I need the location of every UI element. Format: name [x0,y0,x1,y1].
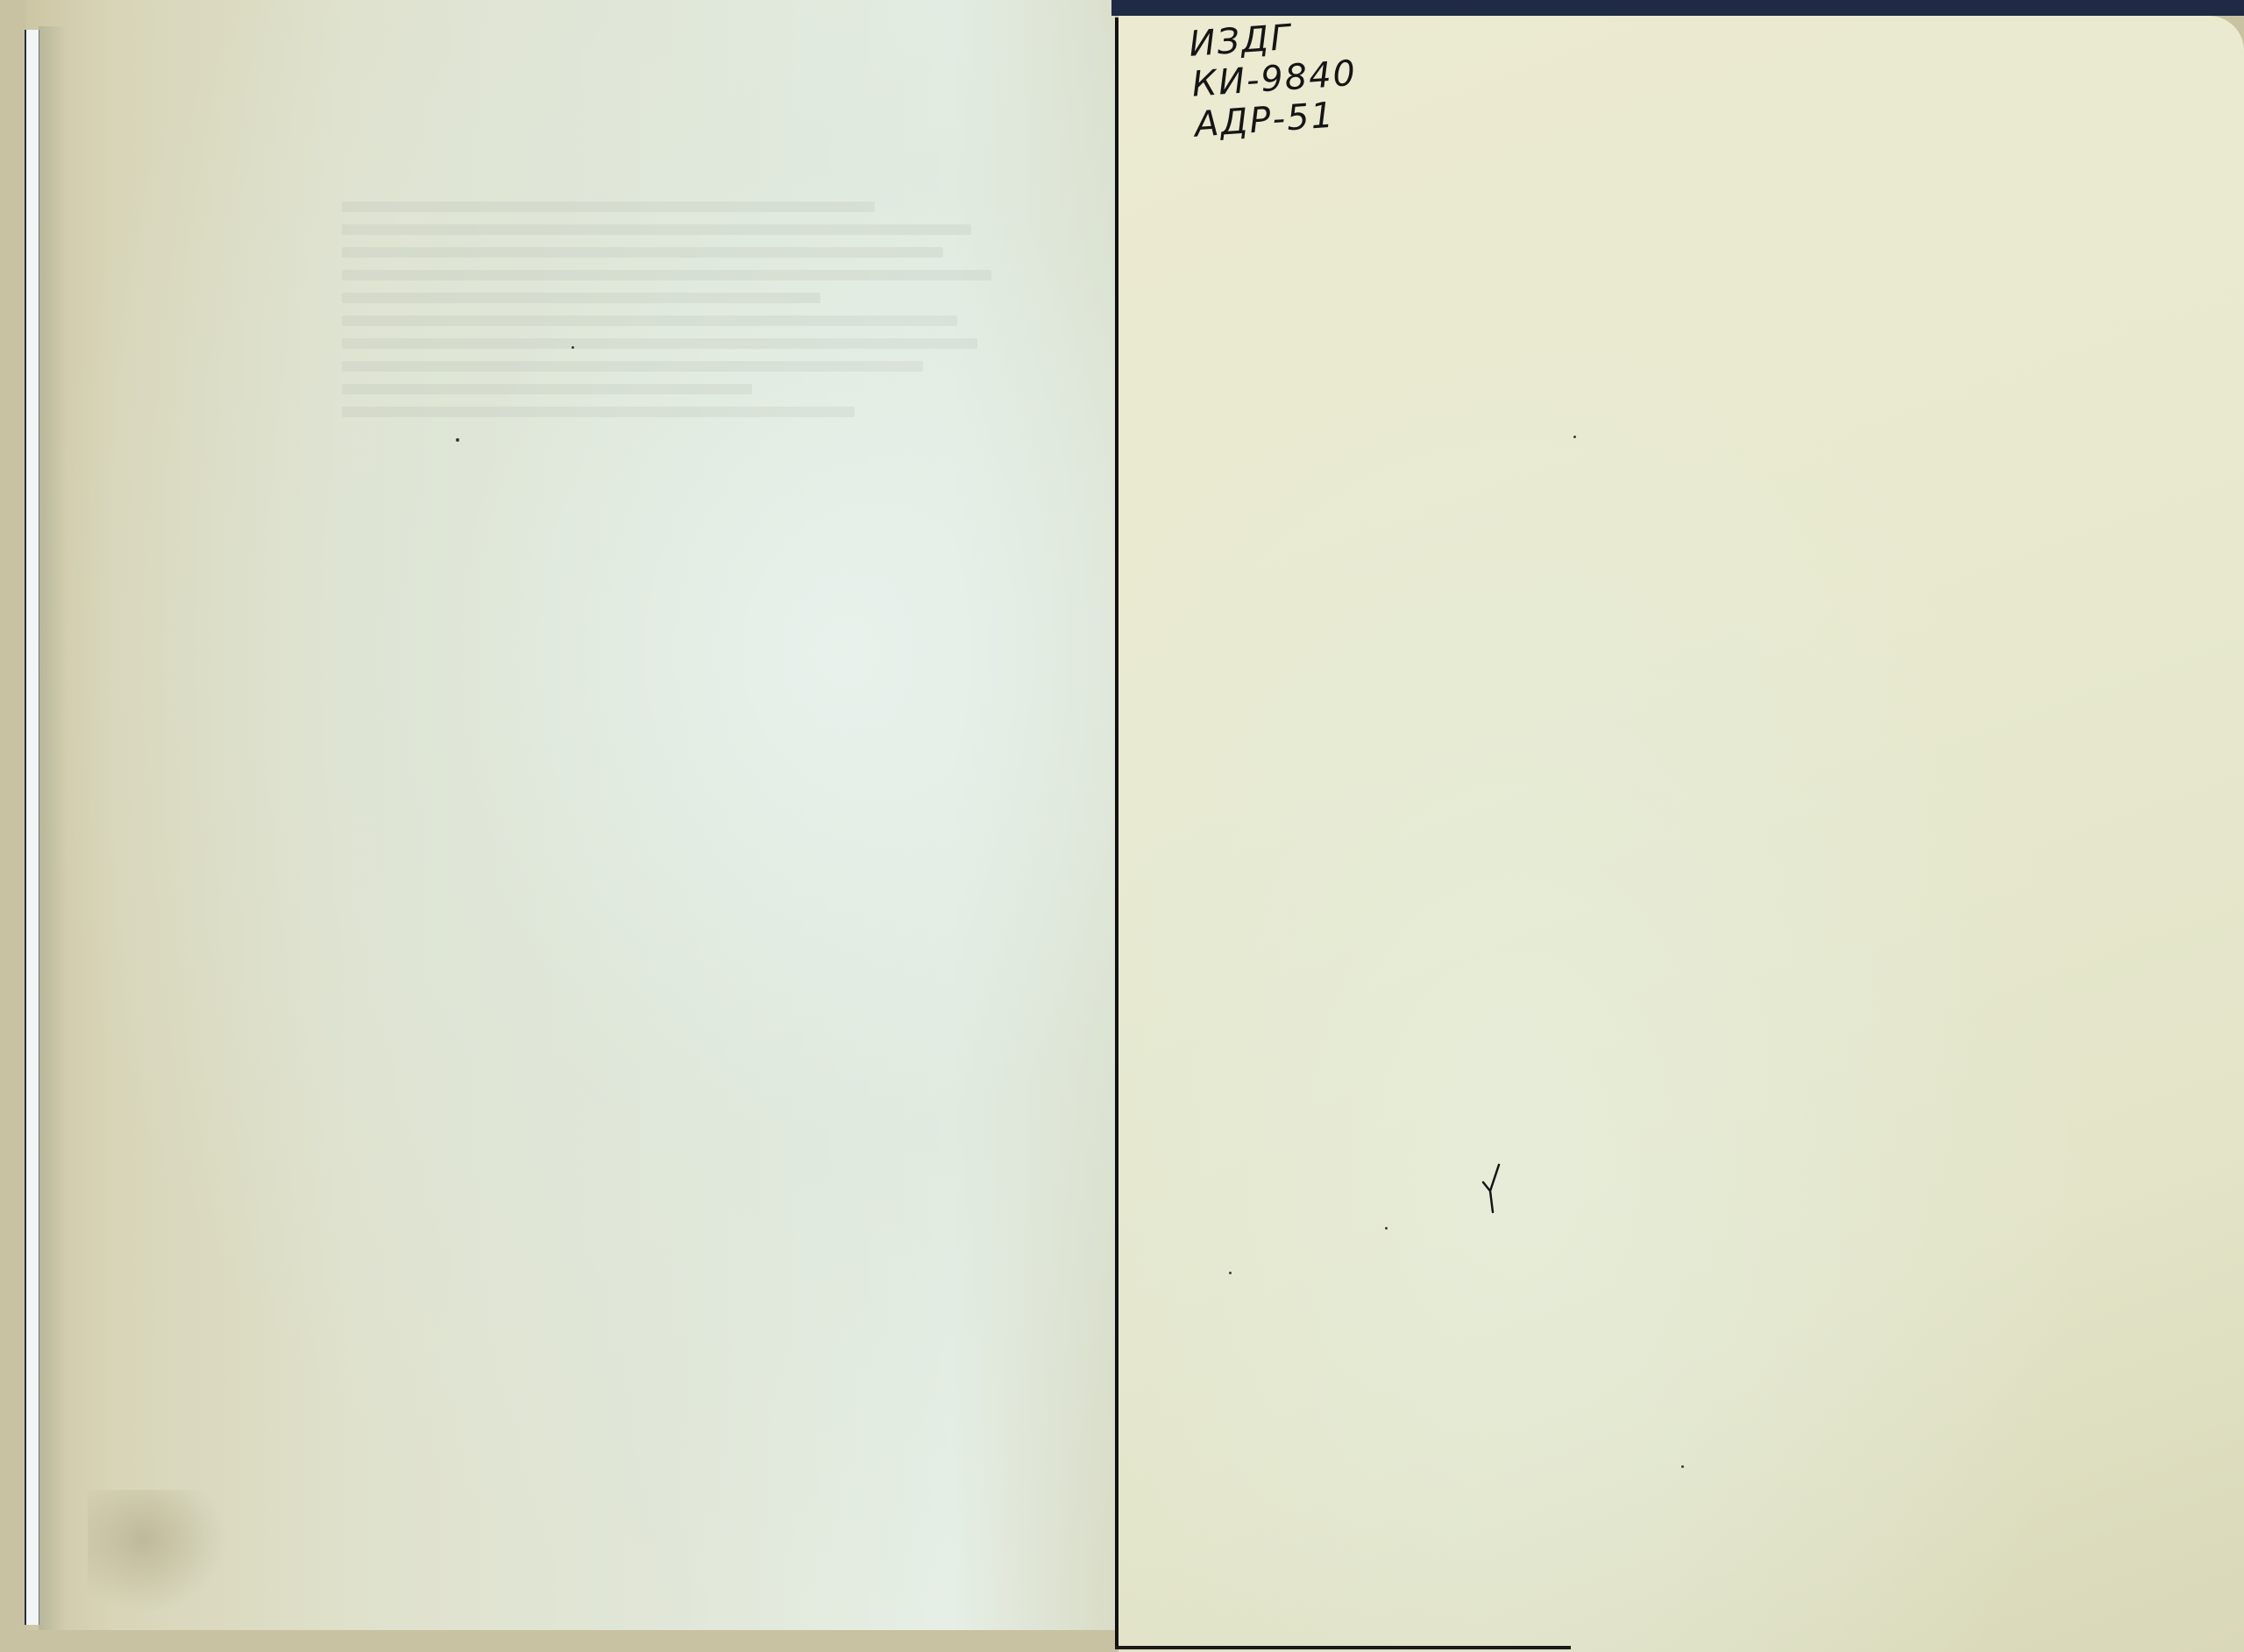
paper-speck [1385,1227,1388,1230]
binding-strip [25,30,39,1625]
book-spread: ИЗДГ КИ-9840 АДР-51 [0,0,2244,1652]
spine-gutter [1115,18,1118,1649]
right-page [1118,16,2244,1652]
handwritten-notes: ИЗДГ КИ-9840 АДР-51 [1188,13,1361,145]
left-page [26,0,1115,1630]
paper-speck [456,438,459,442]
paper-speck [572,346,574,349]
page-bottom-edge [1115,1646,1571,1649]
paper-speck [1681,1465,1684,1468]
paper-speck [1573,436,1576,438]
paper-speck [1229,1272,1232,1274]
bleed-through-text [342,202,1026,517]
water-stain [88,1490,228,1613]
book-cover-edge [1111,0,2244,16]
pencil-tick-icon [1481,1161,1502,1214]
binding-shadow [39,26,67,1630]
